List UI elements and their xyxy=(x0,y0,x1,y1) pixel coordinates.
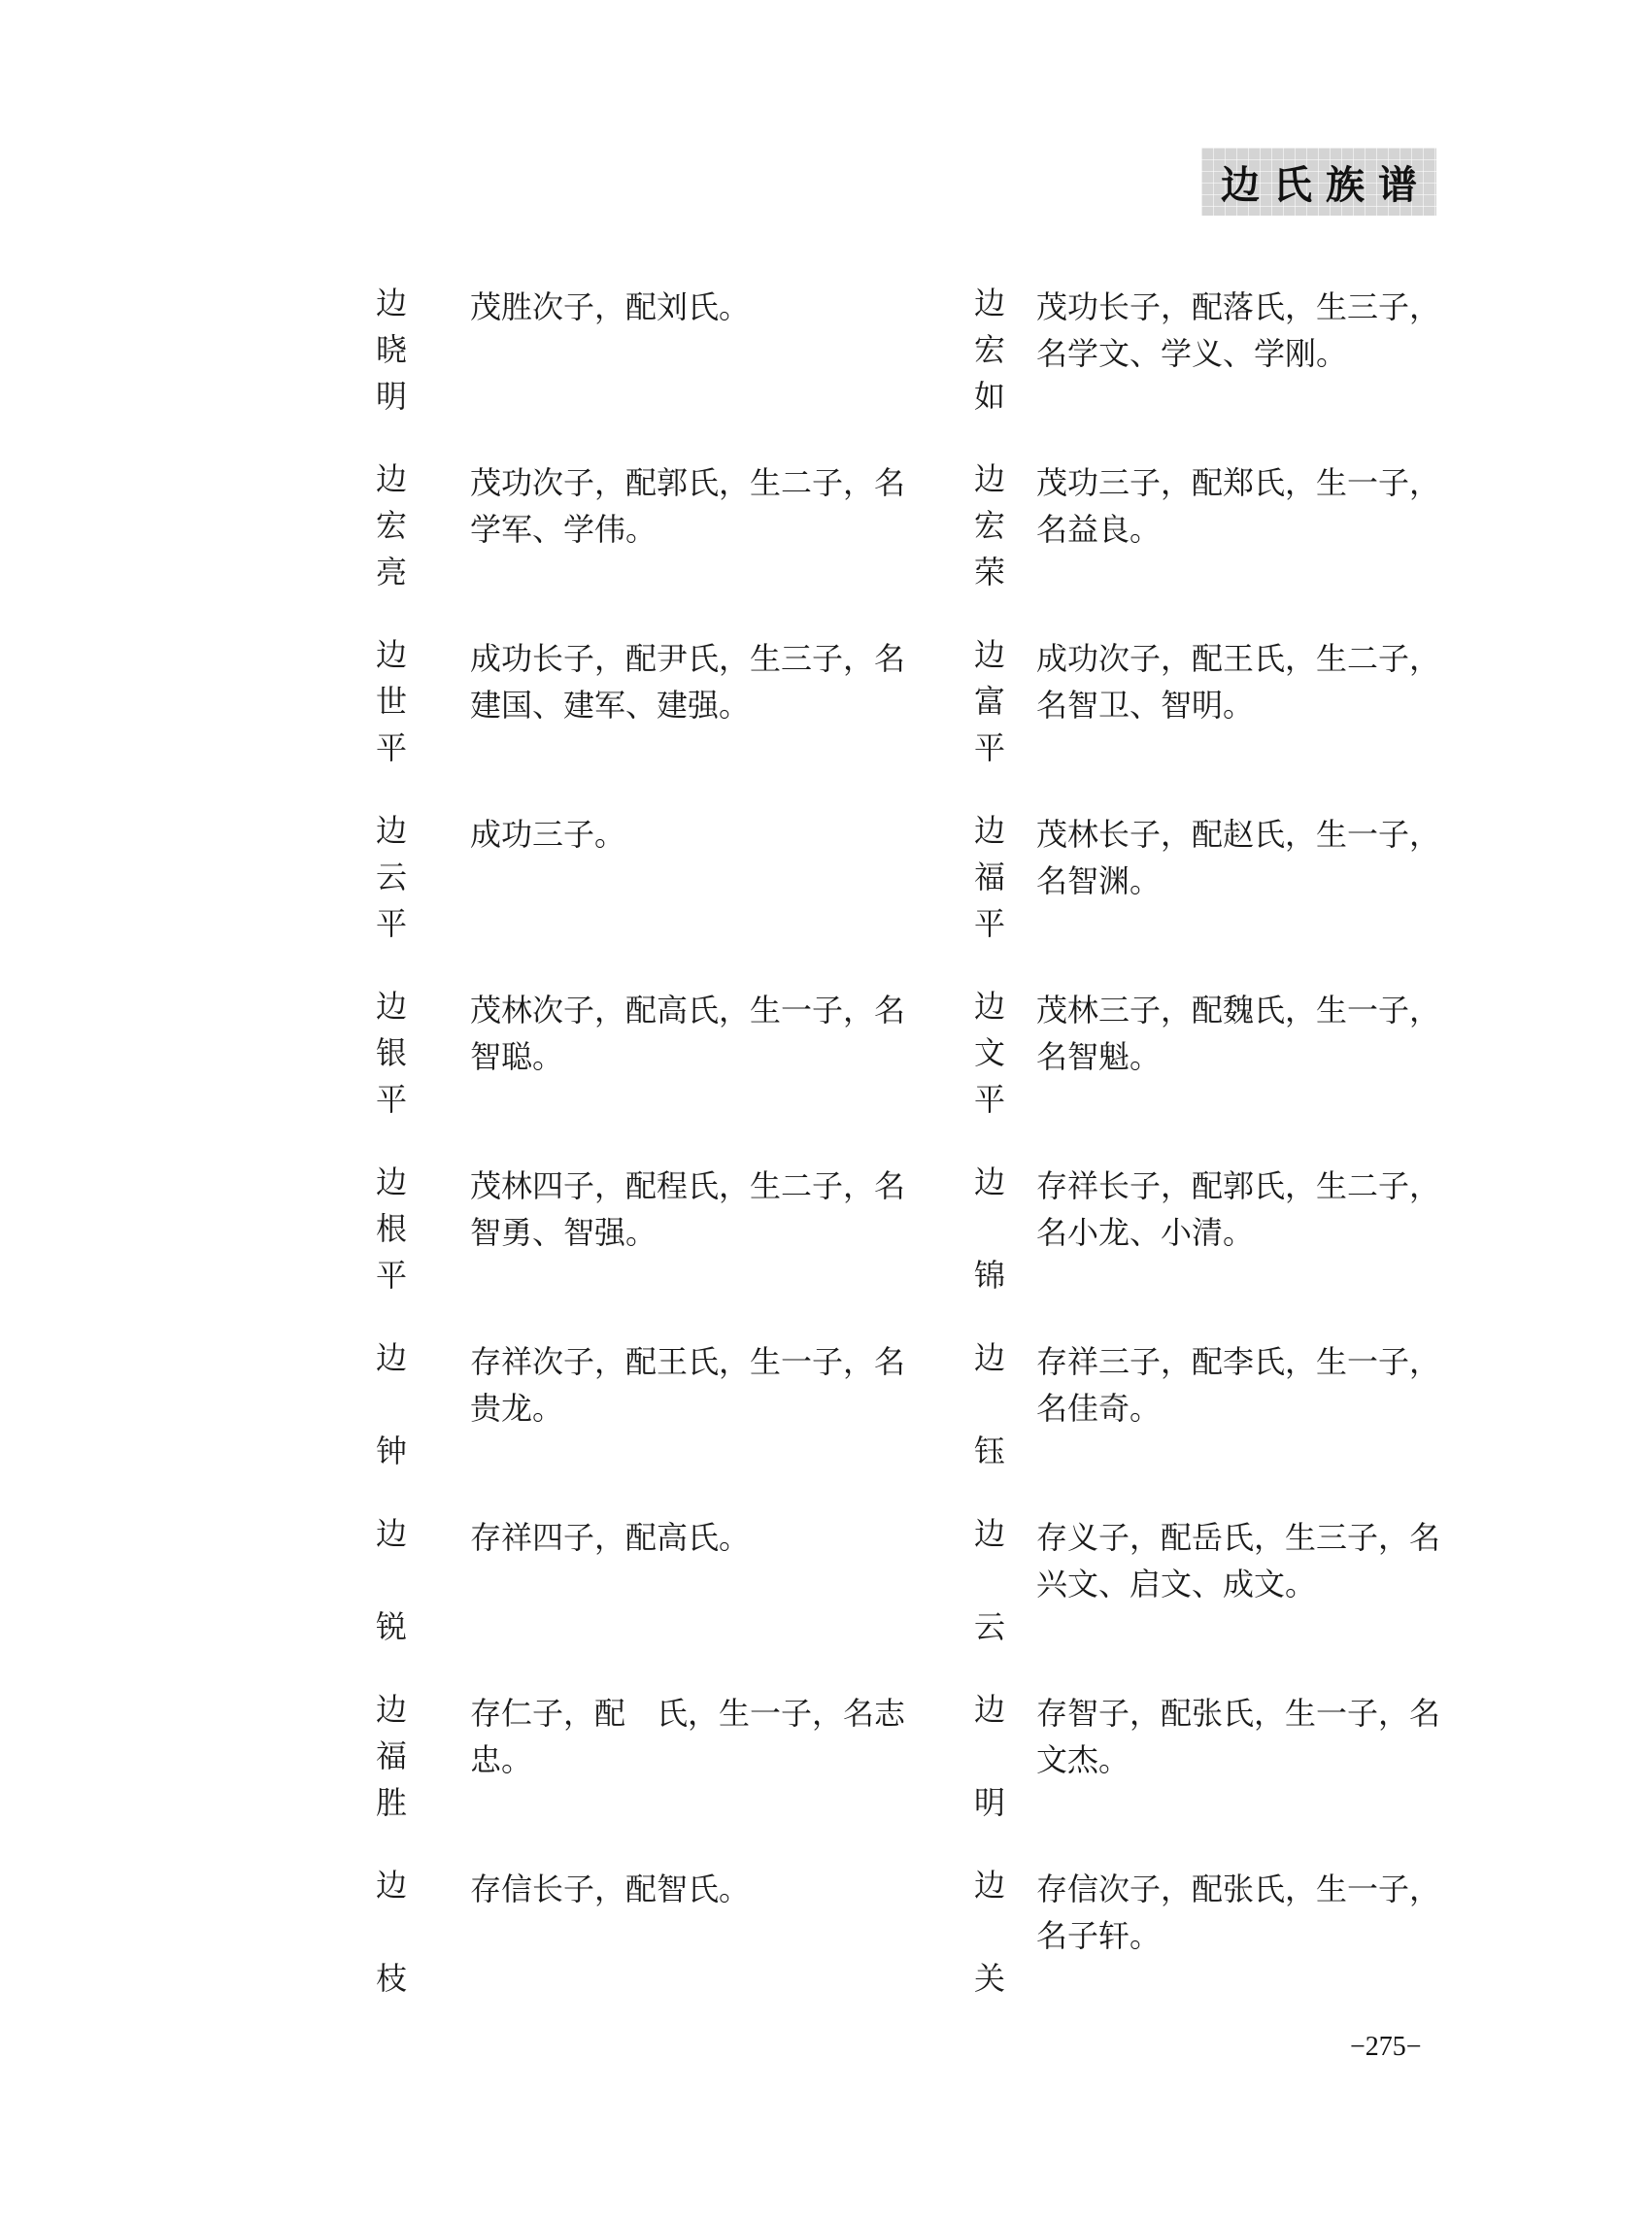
entry-description: 茂林四子，配程氏，生二子，名智勇、智强。 xyxy=(470,1163,905,1256)
genealogy-entry: 边枝存信长子，配智氏。 xyxy=(372,1866,955,2031)
name-character: 平 xyxy=(970,728,1009,767)
name-character: 宏 xyxy=(372,506,411,545)
description-line: 名智卫、智明。 xyxy=(1036,682,1440,728)
description-line: 存仁子，配 氏，生一子，名志 xyxy=(470,1690,905,1737)
name-character: 宏 xyxy=(970,330,1009,369)
genealogy-entry: 边富平成功次子，配王氏，生二子，名智卫、智明。 xyxy=(970,635,1553,800)
description-line: 茂林长子，配赵氏，生一子， xyxy=(1036,811,1440,858)
entry-description: 成功次子，配王氏，生二子，名智卫、智明。 xyxy=(1036,635,1440,728)
name-character: 平 xyxy=(372,1256,411,1295)
name-character: 亮 xyxy=(372,553,411,591)
entry-description: 茂胜次子，配刘氏。 xyxy=(470,284,750,330)
genealogy-entry: 边福平茂林长子，配赵氏，生一子，名智渊。 xyxy=(970,811,1553,976)
name-character: 根 xyxy=(372,1209,411,1248)
entry-description: 茂功三子，配郑氏，生一子，名益良。 xyxy=(1036,459,1440,553)
description-line: 存信次子，配张氏，生一子， xyxy=(1036,1866,1440,1912)
description-line: 学军、学伟。 xyxy=(470,506,905,553)
name-character: 胜 xyxy=(372,1783,411,1822)
entry-description: 茂林次子，配高氏，生一子，名智聪。 xyxy=(470,987,905,1080)
genealogy-entry: 边云平成功三子。 xyxy=(372,811,955,976)
name-character: 宏 xyxy=(970,506,1009,545)
name-character: 锦 xyxy=(970,1256,1009,1295)
name-character: 边 xyxy=(970,1514,1009,1553)
description-line: 兴文、启文、成文。 xyxy=(1036,1561,1440,1607)
description-line: 茂功长子，配落氏，生三子， xyxy=(1036,284,1440,330)
name-character: 文 xyxy=(970,1033,1009,1072)
name-character: 钰 xyxy=(970,1432,1009,1470)
entry-description: 茂功长子，配落氏，生三子，名学文、学义、学刚。 xyxy=(1036,284,1440,377)
entry-description: 存信长子，配智氏。 xyxy=(470,1866,750,1912)
description-line: 茂林三子，配魏氏，生一子， xyxy=(1036,987,1440,1033)
description-line: 存义子，配岳氏，生三子，名 xyxy=(1036,1514,1440,1561)
genealogy-entry: 边钟存祥次子，配王氏，生一子，名贵龙。 xyxy=(372,1338,955,1503)
name-character: 云 xyxy=(372,858,411,896)
name-character: 平 xyxy=(970,1080,1009,1119)
name-character: 明 xyxy=(372,377,411,416)
genealogy-entry: 边宏如茂功长子，配落氏，生三子，名学文、学义、学刚。 xyxy=(970,284,1553,449)
description-line: 名智魁。 xyxy=(1036,1033,1440,1080)
name-character: 边 xyxy=(372,811,411,850)
entry-description: 存祥三子，配李氏，生一子，名佳奇。 xyxy=(1036,1338,1440,1432)
description-line: 成功长子，配尹氏，生三子，名 xyxy=(470,635,905,682)
name-character: 云 xyxy=(970,1607,1009,1646)
name-character: 边 xyxy=(372,987,411,1026)
name-character: 晓 xyxy=(372,330,411,369)
name-character: 边 xyxy=(372,459,411,498)
description-line: 存智子，配张氏，生一子，名 xyxy=(1036,1690,1440,1737)
name-character: 边 xyxy=(970,811,1009,850)
description-line: 成功次子，配王氏，生二子， xyxy=(1036,635,1440,682)
entry-description: 茂功次子，配郭氏，生二子，名学军、学伟。 xyxy=(470,459,905,553)
header-title-box: 边氏族谱 xyxy=(1201,148,1436,216)
name-character: 边 xyxy=(372,1163,411,1201)
name-character: 边 xyxy=(372,1338,411,1377)
entry-description: 成功长子，配尹氏，生三子，名建国、建军、建强。 xyxy=(470,635,905,728)
genealogy-entry: 边根平茂林四子，配程氏，生二子，名智勇、智强。 xyxy=(372,1163,955,1328)
genealogy-entry: 边世平成功长子，配尹氏，生三子，名建国、建军、建强。 xyxy=(372,635,955,800)
entry-description: 存义子，配岳氏，生三子，名兴文、启文、成文。 xyxy=(1036,1514,1440,1607)
description-line: 茂功次子，配郭氏，生二子，名 xyxy=(470,459,905,506)
name-character: 边 xyxy=(970,1866,1009,1905)
description-line: 名佳奇。 xyxy=(1036,1385,1440,1432)
genealogy-entry: 边云存义子，配岳氏，生三子，名兴文、启文、成文。 xyxy=(970,1514,1553,1679)
name-character: 平 xyxy=(372,1080,411,1119)
description-line: 贵龙。 xyxy=(470,1385,905,1432)
genealogy-entry: 边锐存祥四子，配高氏。 xyxy=(372,1514,955,1679)
name-character: 如 xyxy=(970,377,1009,416)
header-title: 边氏族谱 xyxy=(1207,154,1431,210)
genealogy-entry: 边锦存祥长子，配郭氏，生二子，名小龙、小清。 xyxy=(970,1163,1553,1328)
name-character: 福 xyxy=(970,858,1009,896)
name-character: 平 xyxy=(372,728,411,767)
description-line: 名益良。 xyxy=(1036,506,1440,553)
entry-description: 茂林长子，配赵氏，生一子，名智渊。 xyxy=(1036,811,1440,904)
genealogy-entry: 边文平茂林三子，配魏氏，生一子，名智魁。 xyxy=(970,987,1553,1152)
name-character: 锐 xyxy=(372,1607,411,1646)
description-line: 名学文、学义、学刚。 xyxy=(1036,330,1440,377)
genealogy-entry: 边钰存祥三子，配李氏，生一子，名佳奇。 xyxy=(970,1338,1553,1503)
description-line: 成功三子。 xyxy=(470,811,625,858)
name-character: 平 xyxy=(372,904,411,943)
entry-description: 成功三子。 xyxy=(470,811,625,858)
description-line: 名小龙、小清。 xyxy=(1036,1209,1440,1256)
entry-description: 茂林三子，配魏氏，生一子，名智魁。 xyxy=(1036,987,1440,1080)
name-character: 边 xyxy=(970,1690,1009,1729)
name-character: 明 xyxy=(970,1783,1009,1822)
genealogy-entry: 边晓明茂胜次子，配刘氏。 xyxy=(372,284,955,449)
name-character: 关 xyxy=(970,1959,1009,1998)
entry-description: 存信次子，配张氏，生一子，名子轩。 xyxy=(1036,1866,1440,1959)
name-character: 边 xyxy=(970,459,1009,498)
name-character: 边 xyxy=(970,1163,1009,1201)
entry-description: 存智子，配张氏，生一子，名文杰。 xyxy=(1036,1690,1440,1783)
name-character: 边 xyxy=(970,635,1009,674)
description-line: 建国、建军、建强。 xyxy=(470,682,905,728)
description-line: 存祥三子，配李氏，生一子， xyxy=(1036,1338,1440,1385)
description-line: 茂林四子，配程氏，生二子，名 xyxy=(470,1163,905,1209)
page-number: −275− xyxy=(1350,2032,1422,2063)
name-character: 世 xyxy=(372,682,411,721)
description-line: 智勇、智强。 xyxy=(470,1209,905,1256)
entry-description: 存仁子，配 氏，生一子，名志忠。 xyxy=(470,1690,905,1783)
genealogy-entry: 边宏亮茂功次子，配郭氏，生二子，名学军、学伟。 xyxy=(372,459,955,624)
description-line: 文杰。 xyxy=(1036,1737,1440,1783)
name-character: 枝 xyxy=(372,1959,411,1998)
entry-description: 存祥四子，配高氏。 xyxy=(470,1514,750,1561)
genealogy-entry: 边关存信次子，配张氏，生一子，名子轩。 xyxy=(970,1866,1553,2031)
name-character: 福 xyxy=(372,1737,411,1775)
description-line: 存祥四子，配高氏。 xyxy=(470,1514,750,1561)
description-line: 茂胜次子，配刘氏。 xyxy=(470,284,750,330)
name-character: 钟 xyxy=(372,1432,411,1470)
genealogy-entry: 边明存智子，配张氏，生一子，名文杰。 xyxy=(970,1690,1553,1855)
name-character: 边 xyxy=(372,1690,411,1729)
description-line: 名智渊。 xyxy=(1036,858,1440,904)
name-character: 荣 xyxy=(970,553,1009,591)
description-line: 智聪。 xyxy=(470,1033,905,1080)
name-character: 平 xyxy=(970,904,1009,943)
genealogy-entry: 边宏荣茂功三子，配郑氏，生一子，名益良。 xyxy=(970,459,1553,624)
name-character: 边 xyxy=(970,284,1009,322)
description-line: 存祥长子，配郭氏，生二子， xyxy=(1036,1163,1440,1209)
name-character: 银 xyxy=(372,1033,411,1072)
description-line: 名子轩。 xyxy=(1036,1912,1440,1959)
description-line: 茂功三子，配郑氏，生一子， xyxy=(1036,459,1440,506)
genealogy-entry: 边银平茂林次子，配高氏，生一子，名智聪。 xyxy=(372,987,955,1152)
name-character: 边 xyxy=(372,1866,411,1905)
description-line: 茂林次子，配高氏，生一子，名 xyxy=(470,987,905,1033)
name-character: 边 xyxy=(970,1338,1009,1377)
name-character: 边 xyxy=(372,1514,411,1553)
description-line: 存信长子，配智氏。 xyxy=(470,1866,750,1912)
description-line: 忠。 xyxy=(470,1737,905,1783)
name-character: 边 xyxy=(372,284,411,322)
name-character: 边 xyxy=(970,987,1009,1026)
description-line: 存祥次子，配王氏，生一子，名 xyxy=(470,1338,905,1385)
entry-description: 存祥长子，配郭氏，生二子，名小龙、小清。 xyxy=(1036,1163,1440,1256)
name-character: 富 xyxy=(970,682,1009,721)
entry-description: 存祥次子，配王氏，生一子，名贵龙。 xyxy=(470,1338,905,1432)
name-character: 边 xyxy=(372,635,411,674)
genealogy-entry: 边福胜存仁子，配 氏，生一子，名志忠。 xyxy=(372,1690,955,1855)
